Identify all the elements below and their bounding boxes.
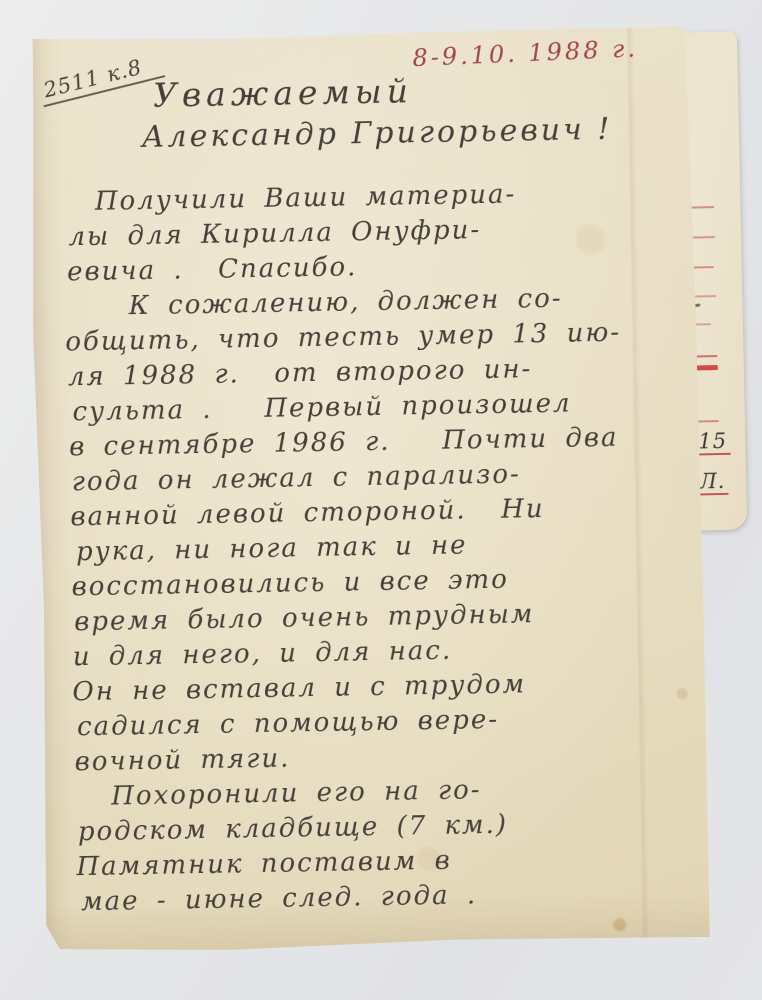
salutation-line-2: Александр Григорьевич !	[141, 112, 612, 155]
salutation-line-1: Уважаемый	[153, 71, 414, 115]
red-dash-mark	[690, 206, 714, 209]
date-stamp: 8-9.10. 1988 г.	[412, 34, 639, 72]
red-dash-mark	[691, 236, 715, 239]
margin-number: 15	[697, 430, 730, 456]
red-dash-mark	[694, 355, 718, 358]
letter-body: Получили Ваши материа- лы для Кирилла Он…	[65, 174, 698, 920]
red-dash-mark	[692, 266, 714, 268]
archive-number: 2511 к.8	[37, 50, 165, 107]
red-dash-mark-thick	[694, 365, 718, 371]
red-dash-mark	[692, 295, 716, 298]
photo-background: 15 Л. 2511 к.8 8-9.10. 1988 г. Уважаемый…	[0, 0, 762, 1000]
letter-paper: 2511 к.8 8-9.10. 1988 г. Уважаемый Алекс…	[28, 26, 710, 957]
margin-letter: Л.	[698, 470, 729, 496]
